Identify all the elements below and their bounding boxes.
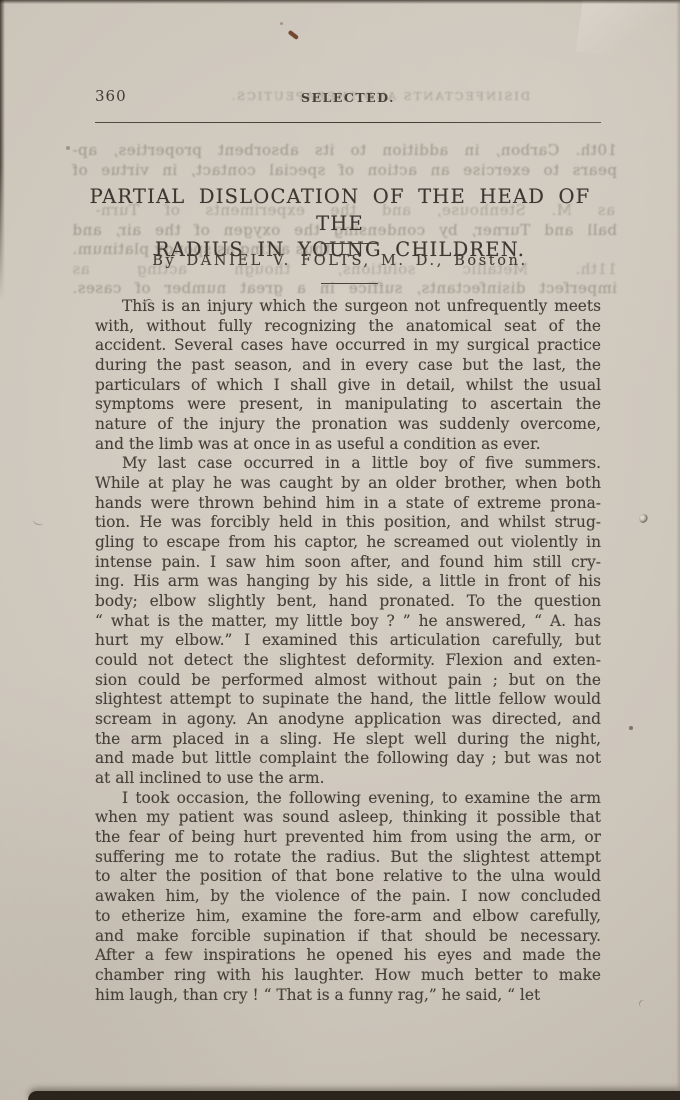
page-edge-top: [0, 0, 680, 4]
paper-crease: [576, 0, 680, 68]
page-edge-left: [0, 0, 5, 300]
body-text-line: suffering me to rotate the radius. But t…: [95, 848, 601, 868]
body-text-line: awaken him, by the violence of the pain.…: [95, 887, 601, 907]
body-text-line: when my patient was sound asleep, thinki…: [95, 808, 601, 828]
ink-speck: [288, 30, 299, 40]
bleedthrough-text-line: pears to exercise an action of special c…: [72, 161, 617, 180]
scanned-journal-page: DISINFECTANTS AND THERAPEUTICS.10th. Car…: [0, 0, 680, 1100]
body-text-line: symptoms were present, in manipulating t…: [95, 395, 601, 415]
body-text-line: accident. Several cases have occurred in…: [95, 336, 601, 356]
body-text-line: at all inclined to use the arm.: [95, 769, 601, 789]
body-text-line: hands were thrown behind him in a state …: [95, 494, 601, 514]
article-byline: By DANIEL V. FOLTS, M. D., Boston.: [70, 253, 610, 269]
body-text-line: sion could be performed almost without p…: [95, 671, 601, 691]
body-text-line: and make forcible supination if that sho…: [95, 927, 601, 947]
header-rule: [95, 122, 601, 123]
body-text-line: chamber ring with his laughter. How much…: [95, 966, 601, 986]
body-text-line: hurt my elbow.” I examined this articula…: [95, 631, 601, 651]
body-text-line: the arm placed in a sling. He slept well…: [95, 730, 601, 750]
body-text-line: This is an injury which the surgeon not …: [95, 297, 601, 317]
body-text-line: intense pain. I saw him soon after, and …: [95, 553, 601, 573]
article-title-line-1: PARTIAL DISLOCATION OF THE HEAD OF THE: [90, 185, 591, 235]
bleedthrough-text-line: 10th. Carbon, in addition to its absorbe…: [72, 141, 617, 160]
paper-blemish: [32, 515, 45, 526]
ink-speck: [280, 22, 283, 25]
body-text-line: tion. He was forcibly held in this posit…: [95, 513, 601, 533]
body-text-line: him laugh, than cry ! “ That is a funny …: [95, 986, 601, 1006]
body-text-line: body; elbow slightly bent, hand pronated…: [95, 592, 601, 612]
running-title: SELECTED.: [95, 90, 601, 105]
body-text-line: While at play he was caught by an older …: [95, 474, 601, 494]
page-edge-right: [676, 0, 680, 1100]
body-text-line: to alter the position of that bone relat…: [95, 867, 601, 887]
bleedthrough-text-line: imperfect disinfectants, suffice in a gr…: [72, 279, 617, 298]
body-text-line: I took occasion, the following evening, …: [95, 789, 601, 809]
body-text-line: “ what is the matter, my little boy ? ” …: [95, 612, 601, 632]
article-title: PARTIAL DISLOCATION OF THE HEAD OF THE R…: [70, 184, 610, 264]
body-text-line: and made but little complaint the follow…: [95, 749, 601, 769]
divider-rule-top: [321, 243, 378, 244]
paper-blemish: [638, 999, 649, 1010]
body-text-line: the fear of being hurt prevented him fro…: [95, 828, 601, 848]
body-text-line: with, without fully recognizing the anat…: [95, 317, 601, 337]
ink-speck: [66, 146, 70, 150]
body-text-line: After a few inspirations he opened his e…: [95, 946, 601, 966]
body-text-line: during the past season, and in every cas…: [95, 356, 601, 376]
body-text-line: ing. His arm was hanging by his side, a …: [95, 572, 601, 592]
body-text-line: gling to escape from his captor, he scre…: [95, 533, 601, 553]
body-text-line: My last case occurred in a little boy of…: [95, 454, 601, 474]
body-text-line: particulars of which I shall give in det…: [95, 376, 601, 396]
body-text-line: slightest attempt to supinate the hand, …: [95, 690, 601, 710]
body-text-line: could not detect the slightest deformity…: [95, 651, 601, 671]
page-edge-bottom: [28, 1091, 680, 1100]
article-body: This is an injury which the surgeon not …: [95, 297, 601, 1005]
body-text-line: and the limb was at once in as useful a …: [95, 435, 601, 455]
body-text-line: to etherize him, examine the fore-arm an…: [95, 907, 601, 927]
body-text-line: scream in agony. An anodyne application …: [95, 710, 601, 730]
ink-speck: [629, 726, 633, 730]
body-text-line: nature of the injury the pronation was s…: [95, 415, 601, 435]
divider-rule-bottom: [321, 283, 378, 284]
paper-blemish: [639, 514, 648, 523]
running-header: 360 SELECTED.: [95, 87, 601, 107]
